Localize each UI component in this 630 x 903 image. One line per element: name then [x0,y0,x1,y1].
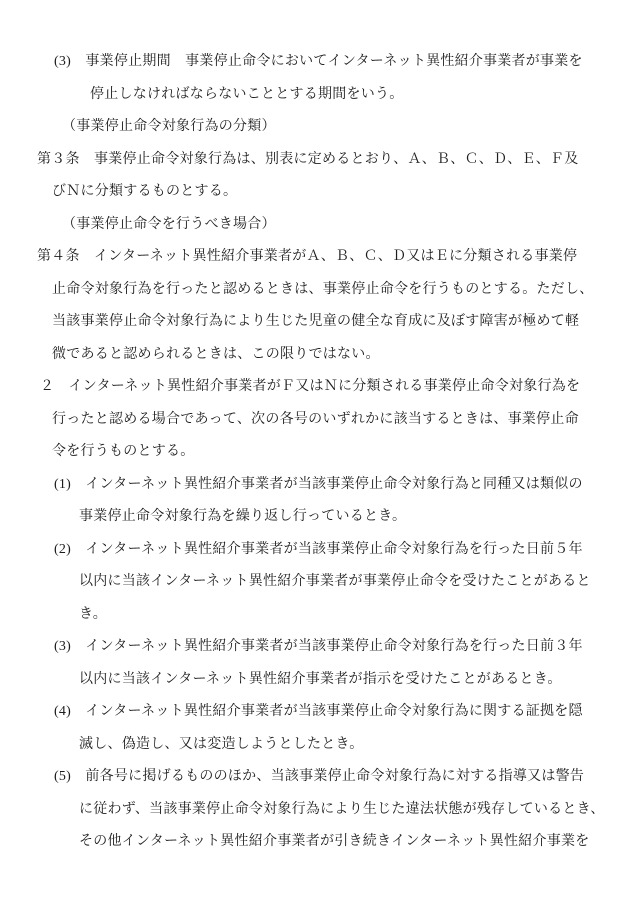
text-line: 行ったと認める場合であって、次の各号のいずれかに該当するときは、事業停止命 [0,404,630,437]
text-line: （事業停止命令対象行為の分類） [0,111,630,144]
text-line: (2) インターネット異性紹介事業者が当該事業停止命令対象行為を行った日前５年 [0,534,630,567]
text-line: 第３条 事業停止命令対象行為は、別表に定めるとおり、Ａ、Ｂ、Ｃ、Ｄ、Ｅ、Ｆ及 [0,144,630,177]
text-line: 以内に当該インターネット異性紹介事業者が指示を受けたことがあるとき。 [0,664,630,697]
text-line: 令を行うものとする。 [0,436,630,469]
text-line: びＮに分類するものとする。 [0,176,630,209]
text-line: (4) インターネット異性紹介事業者が当該事業停止命令対象行為に関する証拠を隠 [0,696,630,729]
text-line: (3) 事業停止期間 事業停止命令においてインターネット異性紹介事業者が事業を [0,46,630,79]
text-line: ２ インターネット異性紹介事業者がＦ又はＮに分類される事業停止命令対象行為を [0,371,630,404]
text-line: 滅し、偽造し、又は変造しようとしたとき。 [0,729,630,762]
text-line: 事業停止命令対象行為を繰り返し行っているとき。 [0,501,630,534]
text-line: 以内に当該インターネット異性紹介事業者が事業停止命令を受けたことがあると [0,566,630,599]
text-line: （事業停止命令を行うべき場合） [0,209,630,242]
document-page: (3) 事業停止期間 事業停止命令においてインターネット異性紹介事業者が事業を停… [0,0,630,903]
text-line: 止命令対象行為を行ったと認めるときは、事業停止命令を行うものとする。ただし、 [0,274,630,307]
text-line: 第４条 インターネット異性紹介事業者がＡ、Ｂ、Ｃ、Ｄ又はＥに分類される事業停 [0,241,630,274]
text-line: き。 [0,599,630,632]
text-line: 微であると認められるときは、この限りではない。 [0,339,630,372]
text-line: 当該事業停止命令対象行為により生じた児童の健全な育成に及ぼす障害が極めて軽 [0,306,630,339]
text-line: (3) インターネット異性紹介事業者が当該事業停止命令対象行為を行った日前３年 [0,631,630,664]
document-body: (3) 事業停止期間 事業停止命令においてインターネット異性紹介事業者が事業を停… [0,46,630,859]
text-line: (5) 前各号に掲げるもののほか、当該事業停止命令対象行為に対する指導又は警告 [0,761,630,794]
text-line: に従わず、当該事業停止命令対象行為により生じた違法状態が残存しているとき、 [0,794,630,827]
text-line: (1) インターネット異性紹介事業者が当該事業停止命令対象行為と同種又は類似の [0,469,630,502]
text-line: その他インターネット異性紹介事業者が引き続きインターネット異性紹介事業を [0,826,630,859]
text-line: 停止しなければならないこととする期間をいう。 [0,79,630,112]
